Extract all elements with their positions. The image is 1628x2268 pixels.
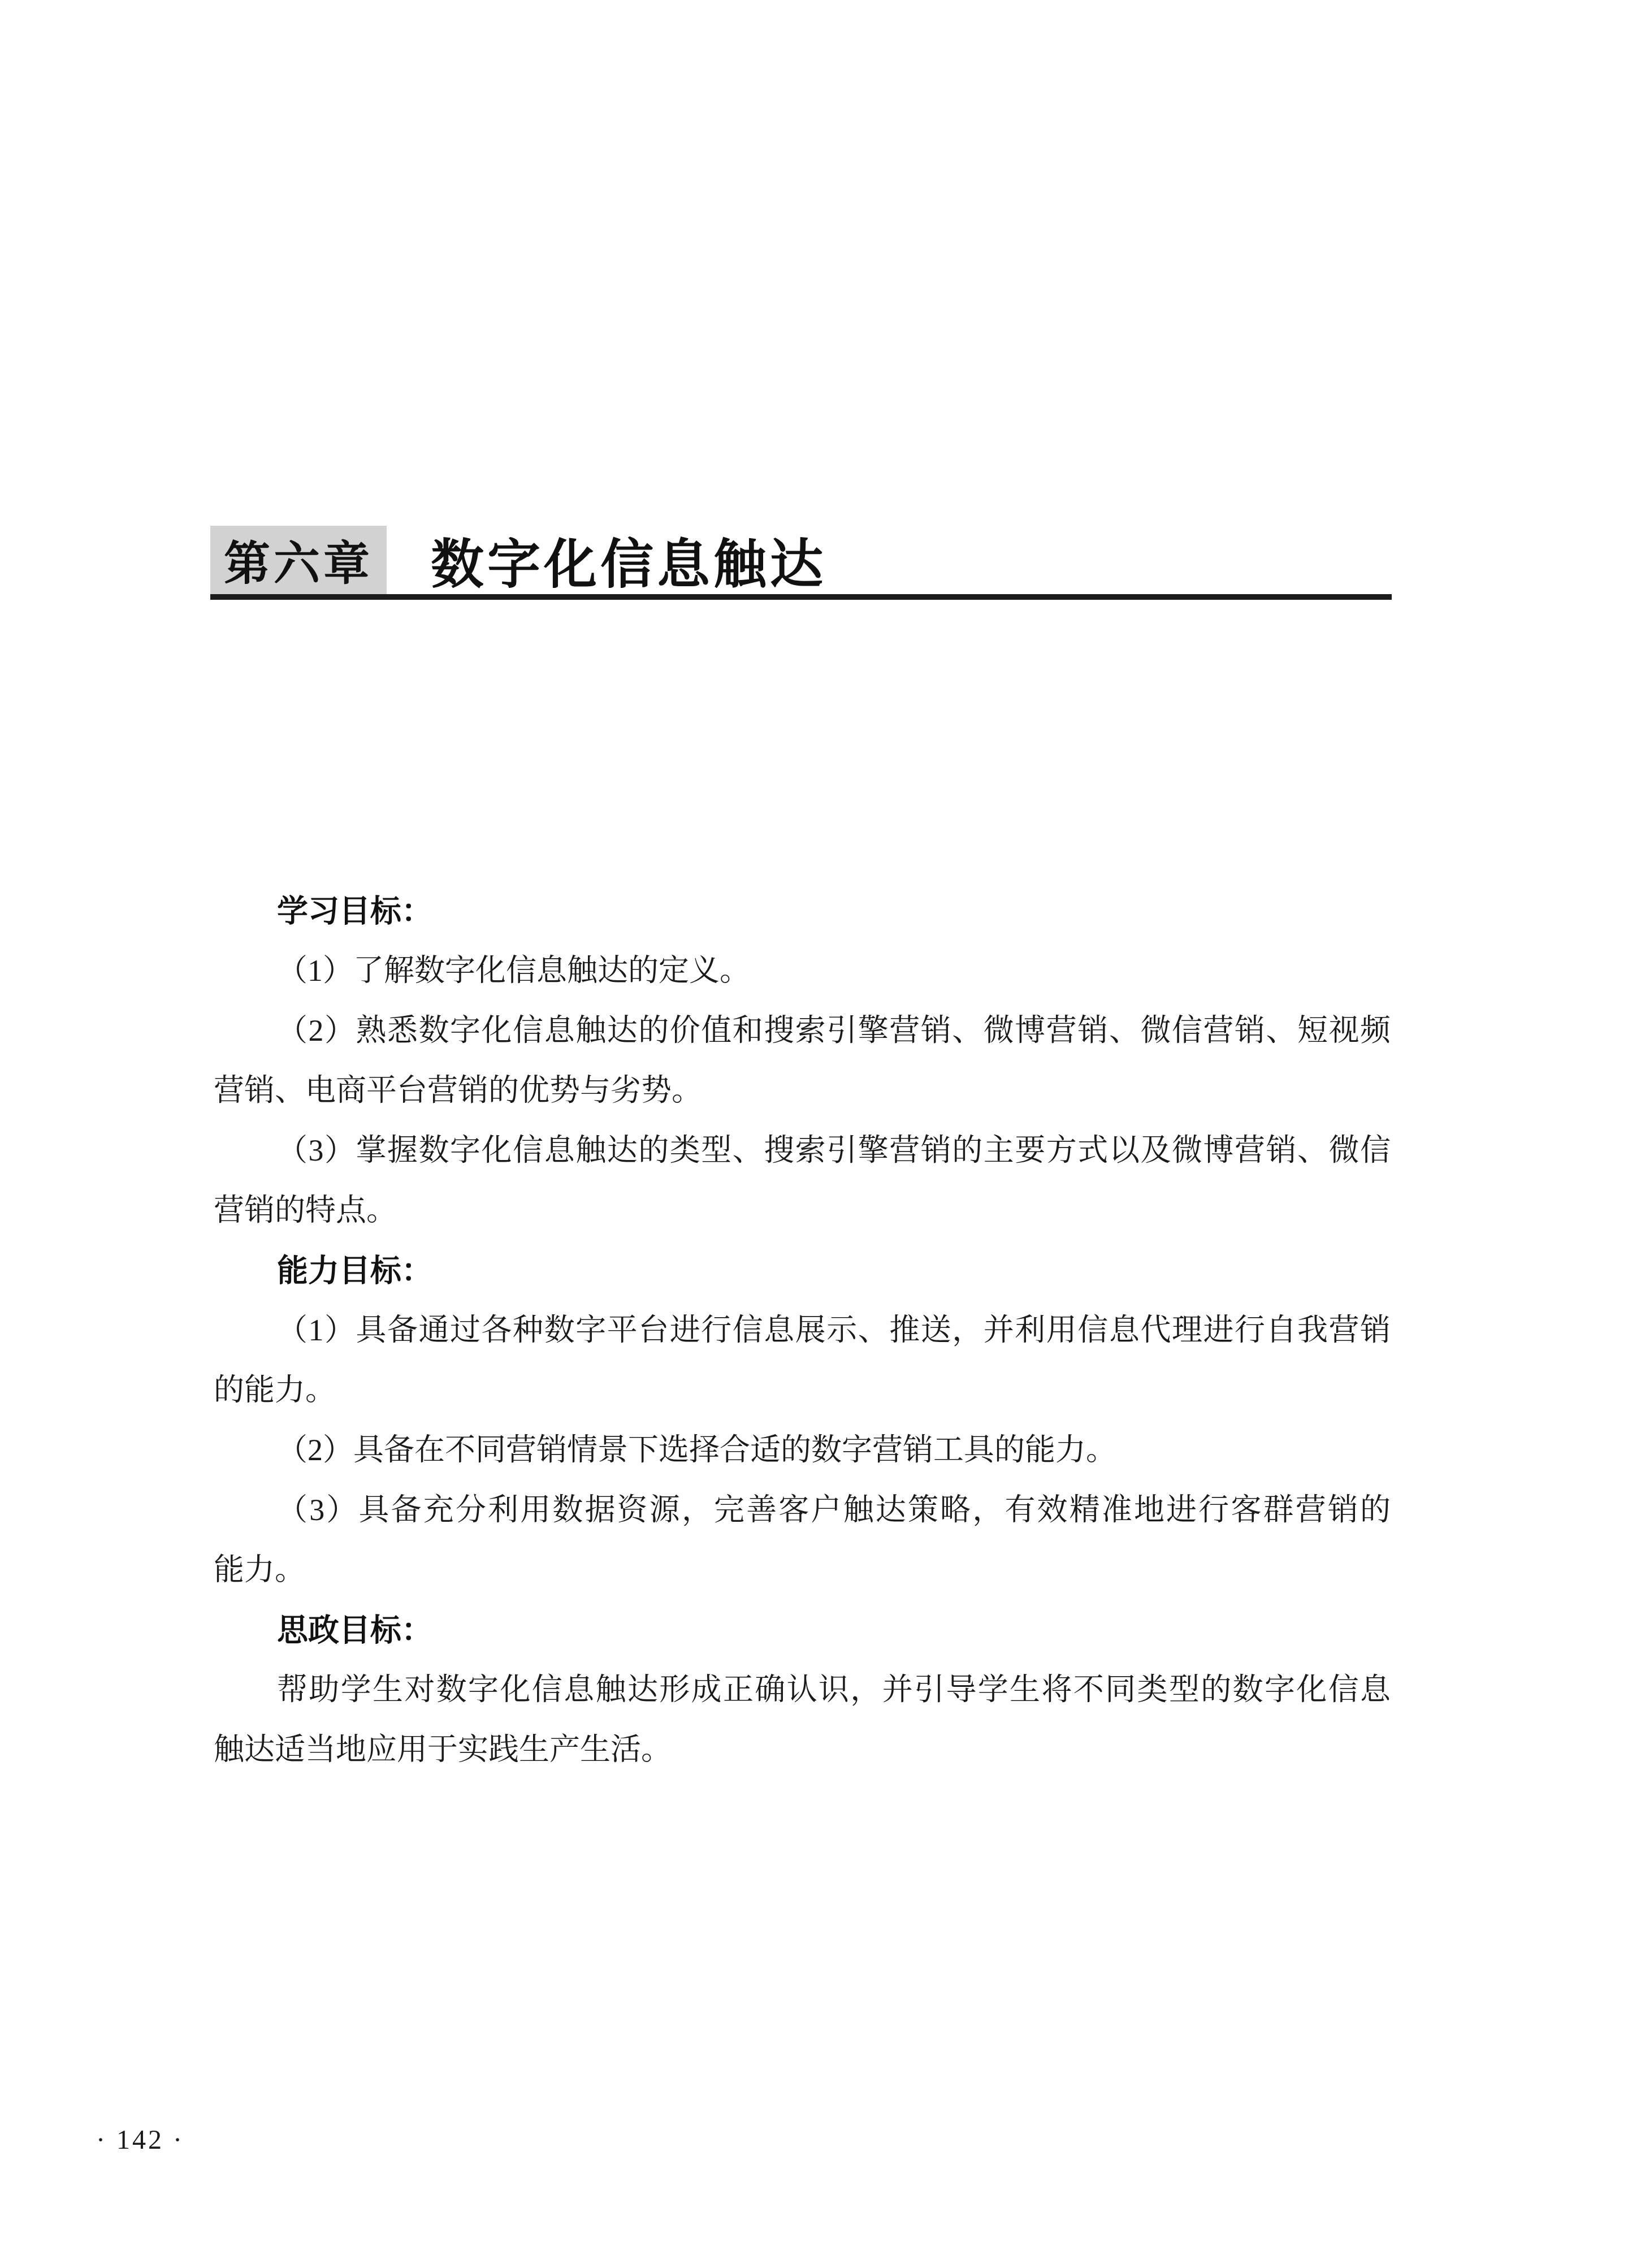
body-line: （2）熟悉数字化信息触达的价值和搜索引擎营销、微博营销、微信营销、短视频 xyxy=(214,1001,1391,1061)
body-line: （1）了解数字化信息触达的定义。 xyxy=(214,941,1391,1001)
book-page: 第六章 数字化信息触达 学习目标： （1）了解数字化信息触达的定义。 （2）熟悉… xyxy=(0,0,1628,2268)
body-line: （3）掌握数字化信息触达的类型、搜索引擎营销的主要方式以及微博营销、微信 xyxy=(214,1120,1391,1180)
section-heading-learning: 学习目标： xyxy=(214,881,1391,941)
section-heading-ideology: 思政目标： xyxy=(214,1600,1391,1660)
chapter-number-box: 第六章 xyxy=(210,526,387,594)
body-line: 能力。 xyxy=(214,1540,1391,1600)
objectives-text-block: 学习目标： （1）了解数字化信息触达的定义。 （2）熟悉数字化信息触达的价值和搜… xyxy=(214,881,1391,1780)
body-line: 营销的特点。 xyxy=(214,1180,1391,1240)
body-line: （3）具备充分利用数据资源，完善客户触达策略，有效精准地进行客群营销的 xyxy=(214,1480,1391,1540)
section-heading-ability: 能力目标： xyxy=(214,1240,1391,1300)
body-line: 的能力。 xyxy=(214,1360,1391,1420)
body-line: 触达适当地应用于实践生产生活。 xyxy=(214,1720,1391,1780)
body-line: （2）具备在不同营销情景下选择合适的数字营销工具的能力。 xyxy=(214,1420,1391,1480)
chapter-title: 数字化信息触达 xyxy=(431,526,826,594)
body-line: 营销、电商平台营销的优势与劣势。 xyxy=(214,1061,1391,1120)
chapter-header: 第六章 数字化信息触达 xyxy=(210,526,1392,600)
page-number: · 142 · xyxy=(96,2126,184,2155)
body-line: （1）具备通过各种数字平台进行信息展示、推送，并利用信息代理进行自我营销 xyxy=(214,1300,1391,1360)
body-line: 帮助学生对数字化信息触达形成正确认识，并引导学生将不同类型的数字化信息 xyxy=(214,1660,1391,1720)
